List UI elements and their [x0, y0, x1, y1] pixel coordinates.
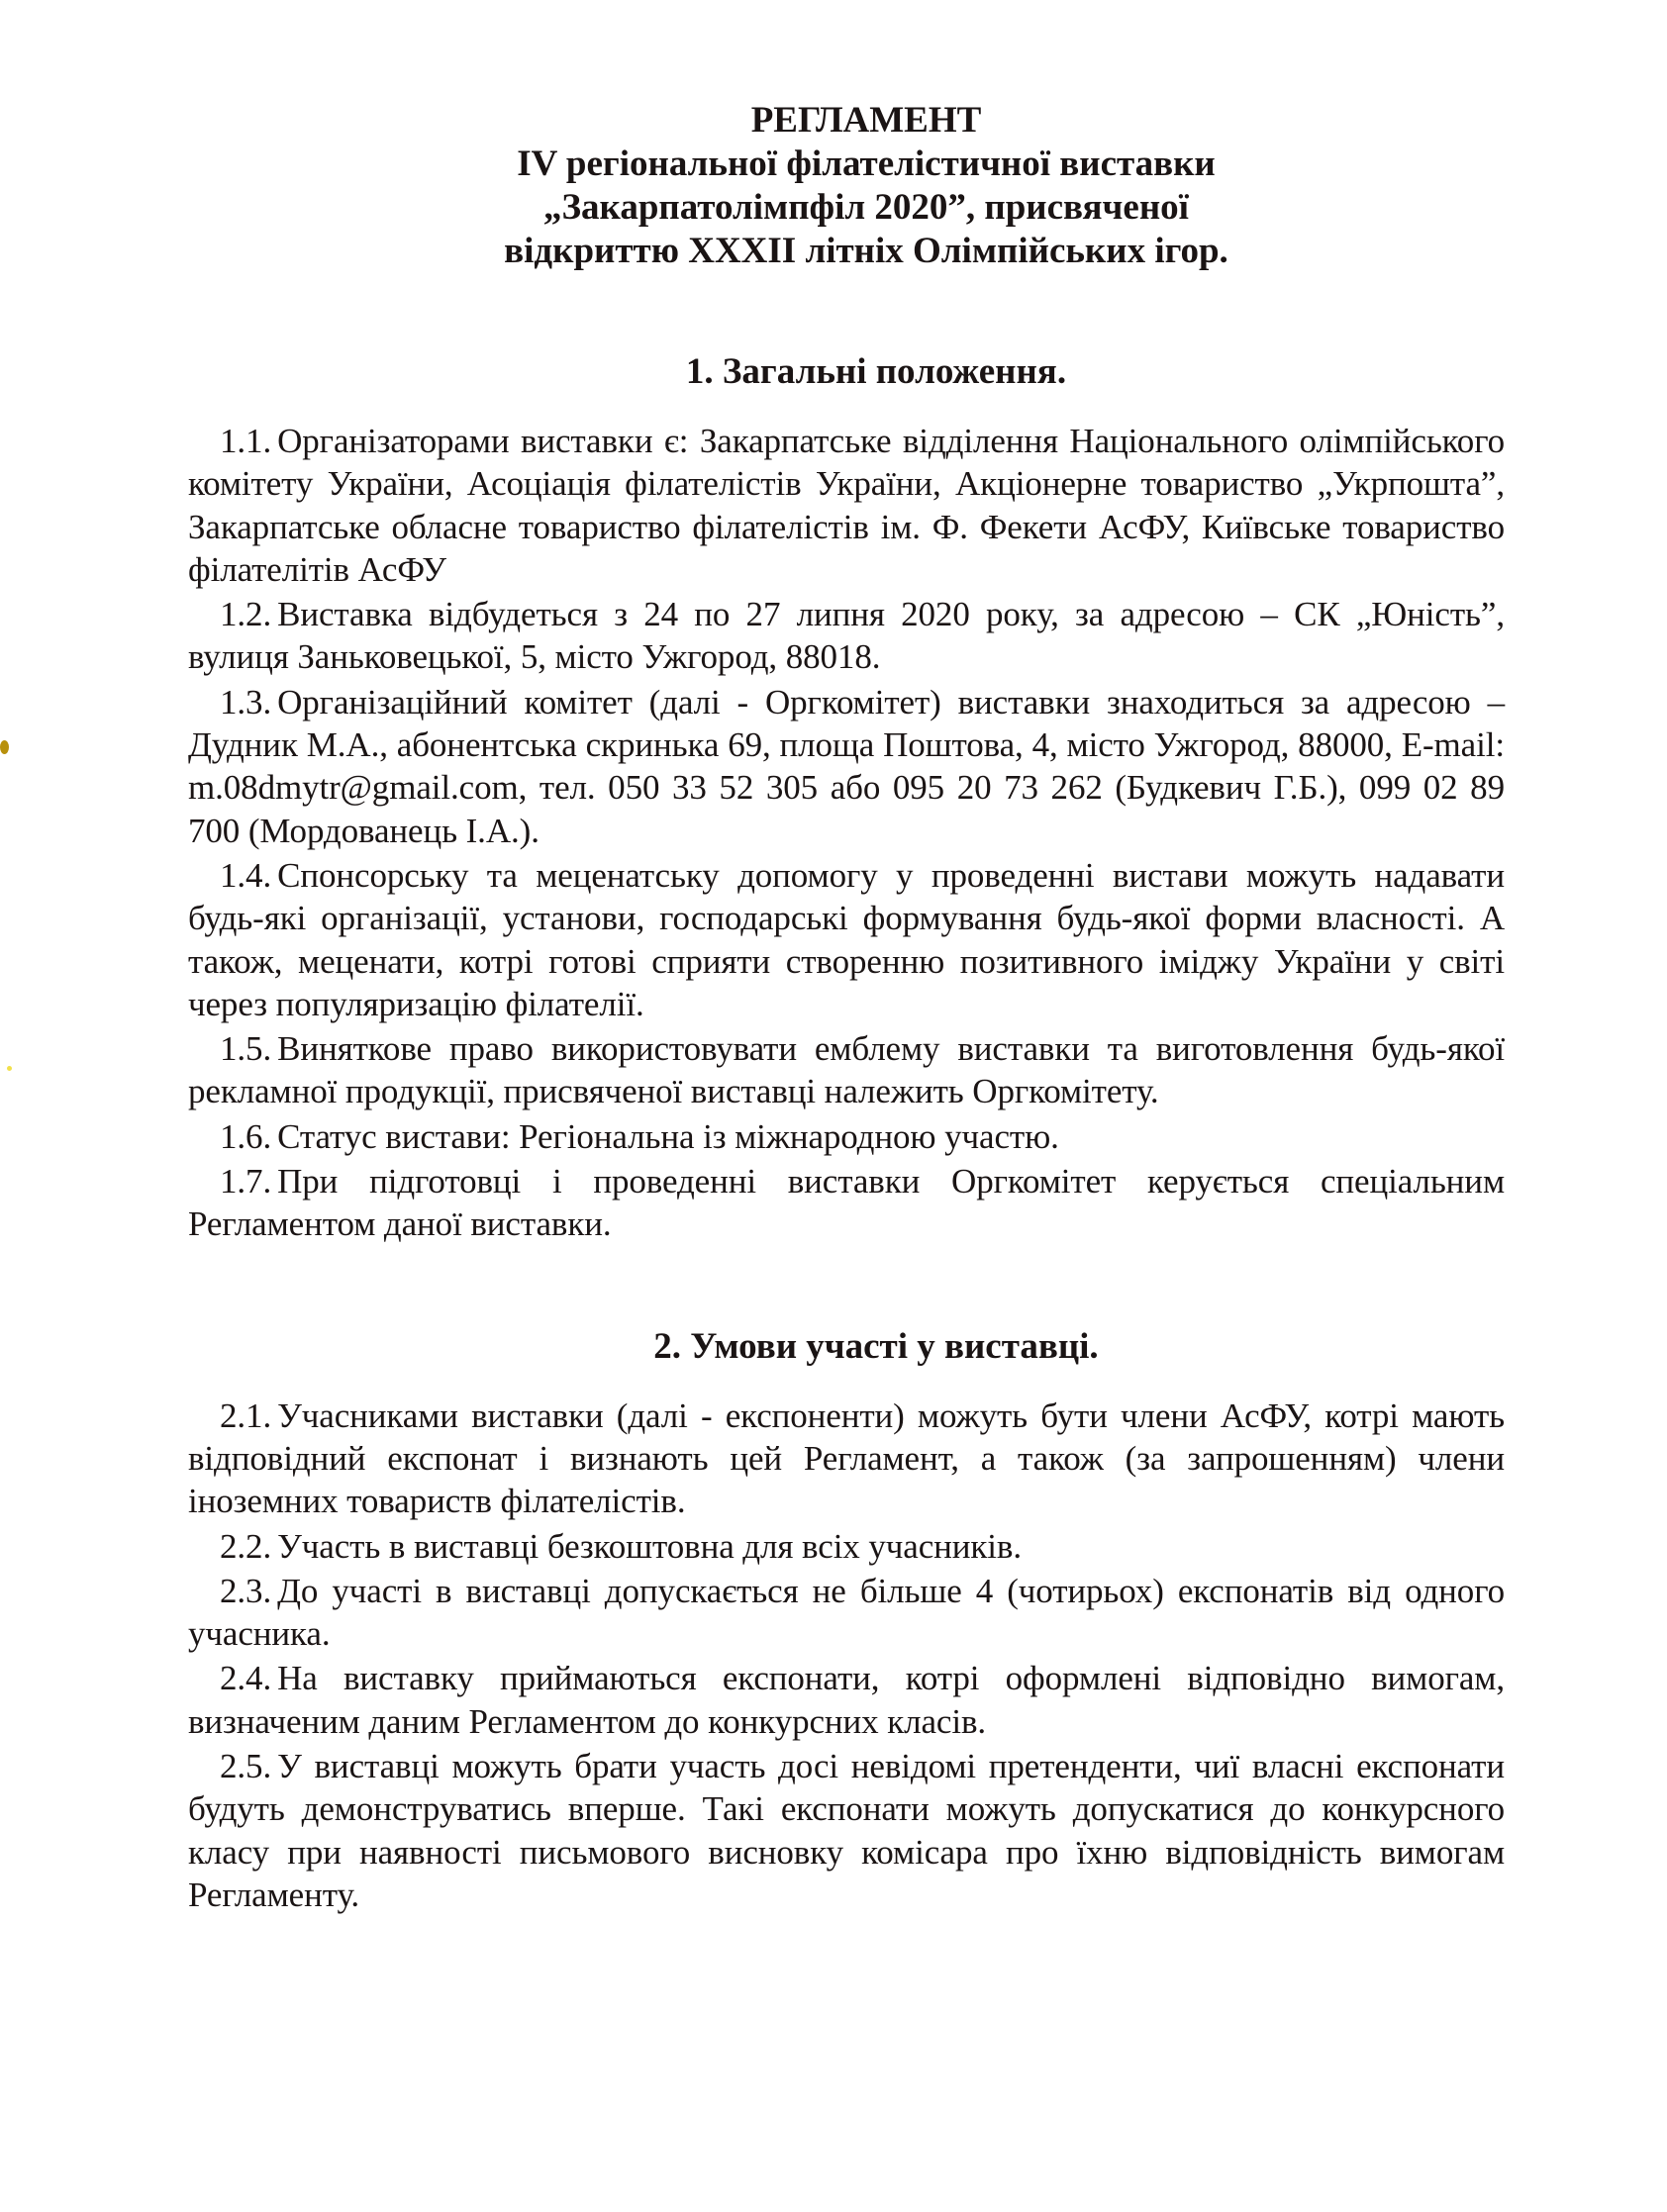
paragraph-text: До участі в виставці допускається не біл… [188, 1572, 1505, 1653]
paragraph-number: 1.2. [220, 595, 271, 633]
scan-speck [0, 740, 9, 754]
paragraph-1-7: 1.7.При підготовці і проведенні виставки… [188, 1160, 1505, 1246]
document-page: РЕГЛАМЕНТ IV регіональної філателістично… [188, 99, 1505, 1918]
paragraph-text: Організаційний комітет (далі - Оргкоміте… [188, 683, 1505, 850]
paragraph-number: 1.6. [220, 1117, 271, 1156]
paragraph-2-5: 2.5.У виставці можуть брати участь досі … [188, 1745, 1505, 1916]
paragraph-1-5: 1.5.Виняткове право використовувати ембл… [188, 1027, 1505, 1113]
paragraph-1-2: 1.2.Виставка відбудеться з 24 по 27 липн… [188, 593, 1505, 679]
paragraph-text: На виставку приймаються експонати, котрі… [188, 1659, 1505, 1740]
title-line: відкриттю XXXII літніх Олімпійських ігор… [228, 230, 1505, 273]
paragraph-1-4: 1.4.Спонсорську та меценатську допомогу … [188, 854, 1505, 1025]
paragraph-text: При підготовці і проведенні виставки Орг… [188, 1162, 1505, 1243]
paragraph-1-1: 1.1.Організаторами виставки є: Закарпатс… [188, 420, 1505, 591]
paragraph-number: 1.7. [220, 1162, 271, 1201]
paragraph-1-3: 1.3.Організаційний комітет (далі - Оргко… [188, 681, 1505, 852]
title-line: IV регіональної філателістичної виставки [228, 143, 1505, 186]
paragraph-text: Спонсорську та меценатську допомогу у пр… [188, 856, 1505, 1023]
paragraph-number: 2.5. [220, 1747, 271, 1785]
paragraph-text: Виставка відбудеться з 24 по 27 липня 20… [188, 595, 1505, 676]
paragraph-number: 2.4. [220, 1659, 271, 1697]
document-title: РЕГЛАМЕНТ IV регіональної філателістично… [188, 99, 1505, 273]
paragraph-2-3: 2.3.До участі в виставці допускається не… [188, 1570, 1505, 1656]
paragraph-2-4: 2.4.На виставку приймаються експонати, к… [188, 1657, 1505, 1743]
paragraph-text: Учасниками виставки (далі - експоненти) … [188, 1396, 1505, 1521]
paragraph-text: У виставці можуть брати участь досі неві… [188, 1747, 1505, 1914]
paragraph-number: 1.5. [220, 1029, 271, 1068]
paragraph-number: 2.1. [220, 1396, 271, 1435]
paragraph-number: 2.3. [220, 1572, 271, 1610]
paragraph-text: Виняткове право використовувати емблему … [188, 1029, 1505, 1110]
paragraph-number: 2.2. [220, 1527, 271, 1566]
paragraph-number: 1.1. [220, 422, 271, 460]
title-line: „Закарпатолімпфіл 2020”, присвяченої [228, 186, 1505, 230]
paragraph-text: Участь в виставці безкоштовна для всіх у… [277, 1527, 1022, 1566]
paragraph-1-6: 1.6.Статус вистави: Регіональна із міжна… [188, 1115, 1505, 1158]
scan-speck [7, 1066, 12, 1071]
section-heading-participation: 2. Умови участі у виставці. [188, 1325, 1505, 1369]
paragraph-number: 1.3. [220, 683, 271, 721]
paragraph-text: Організаторами виставки є: Закарпатське … [188, 422, 1505, 589]
paragraph-number: 1.4. [220, 856, 271, 895]
paragraph-2-1: 2.1.Учасниками виставки (далі - експонен… [188, 1395, 1505, 1523]
section-heading-general: 1. Загальні положення. [188, 350, 1505, 394]
paragraph-text: Статус вистави: Регіональна із міжнародн… [277, 1117, 1059, 1156]
paragraph-2-2: 2.2.Участь в виставці безкоштовна для вс… [188, 1525, 1505, 1568]
title-line: РЕГЛАМЕНТ [228, 99, 1505, 143]
